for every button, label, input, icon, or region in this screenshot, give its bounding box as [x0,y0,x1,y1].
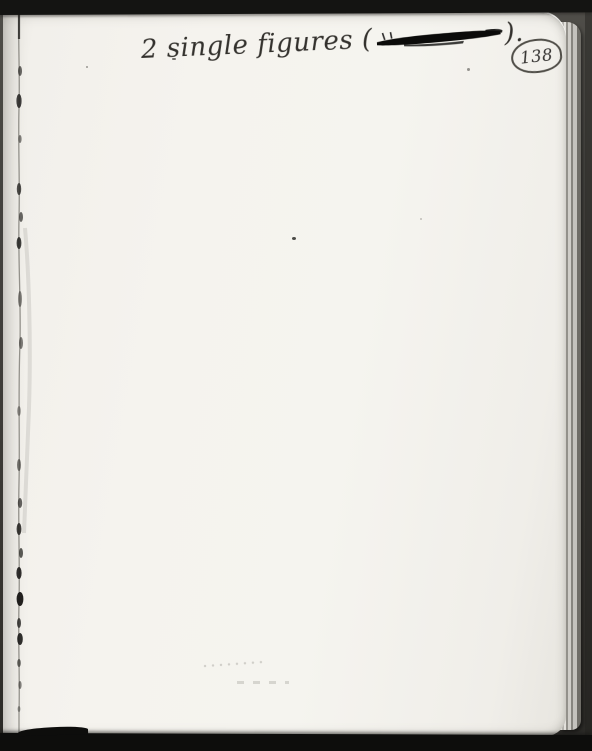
top-frame-band [0,0,592,15]
caption-text-before-redaction: 2 single figures ( [140,25,373,65]
show-through-marks [237,681,289,684]
show-through-marks [201,659,267,671]
scanned-notebook-photo: 2 single figures ( ). 138 [0,0,592,751]
notebook-page: 2 single figures ( ). 138 [3,13,566,736]
ink-dot [467,68,470,71]
handwritten-caption: 2 single figures ( ). [140,10,525,73]
photo-backdrop-seam [585,0,592,751]
page-number: 138 [519,45,554,67]
ink-speck [292,237,296,240]
paper-fleck [420,218,422,220]
binding-stitches [5,13,35,735]
bottom-frame-band [0,733,592,751]
redaction-mark [373,25,504,51]
paper-fleck [86,66,88,68]
